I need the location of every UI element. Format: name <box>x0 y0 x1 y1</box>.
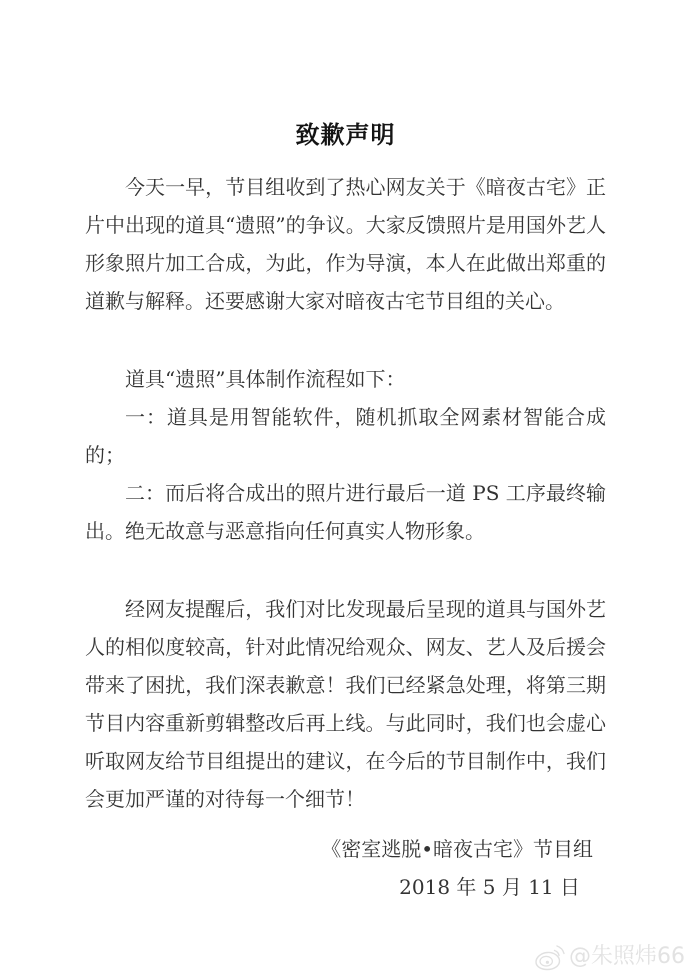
signature-line: 《密室逃脱•暗夜古宅》节目组 <box>85 830 593 868</box>
paragraph-step-one: 一：道具是用智能软件，随机抓取全网素材智能合成的； <box>85 398 606 474</box>
document-content: 致歉声明 今天一早，节目组收到了热心网友关于《暗夜古宅》正片中出现的道具“遗照”… <box>0 0 690 906</box>
paragraph-step-two: 二：而后将合成出的照片进行最后一道 PS 工序最终输出。绝无故意与恶意指向任何真… <box>85 474 606 550</box>
paragraph-intro: 今天一早，节目组收到了热心网友关于《暗夜古宅》正片中出现的道具“遗照”的争议。大… <box>85 168 606 320</box>
apology-document-page: 致歉声明 今天一早，节目组收到了热心网友关于《暗夜古宅》正片中出现的道具“遗照”… <box>0 0 690 976</box>
watermark: @朱照炜66 <box>534 943 685 971</box>
paragraph-apology: 经网友提醒后，我们对比发现最后呈现的道具与国外艺人的相似度较高，针对此情况给观众… <box>85 590 606 818</box>
watermark-username: @朱照炜66 <box>569 944 685 970</box>
paragraph-process-heading: 道具“遗照”具体制作流程如下： <box>85 360 606 398</box>
weibo-icon <box>534 943 566 971</box>
document-title: 致歉声明 <box>85 118 606 152</box>
date-line: 2018 年 5 月 11 日 <box>85 868 580 906</box>
